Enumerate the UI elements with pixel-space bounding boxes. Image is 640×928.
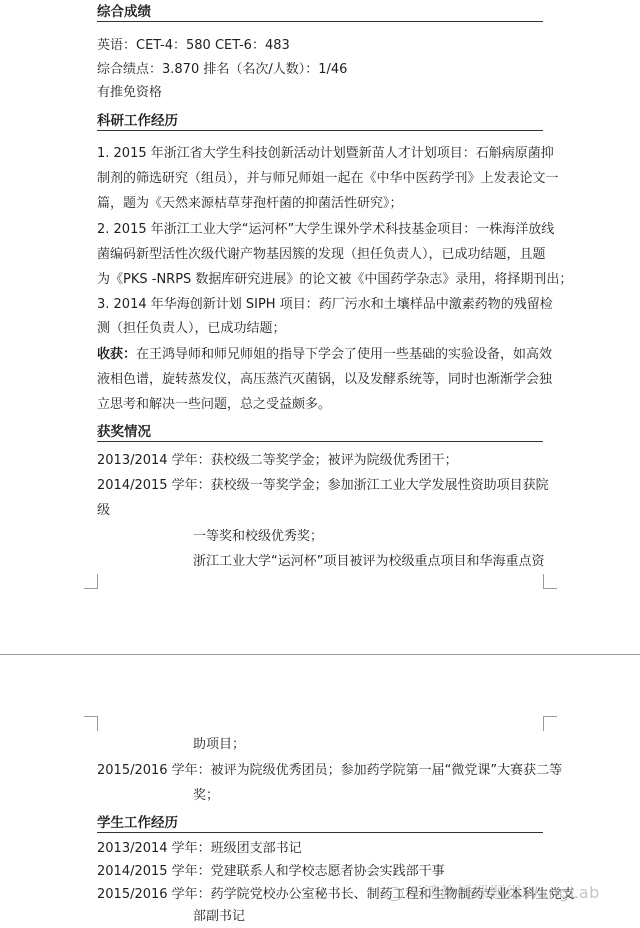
award-line: 2014/2015 学年：获校级一等奖学金；参加浙江工业大学发展性资助项目获院: [97, 477, 549, 495]
section-title-awards: 获奖情况: [97, 423, 543, 442]
research-line: 测（担任负责人），已成功结题；: [97, 320, 286, 338]
research-line: 1. 2015 年浙江省大学生科技创新活动计划暨新苗人才计划项目：石斛病原菌抑: [97, 145, 554, 163]
student-work-line: 部副书记: [193, 908, 245, 926]
page-corner-mark: [543, 716, 557, 731]
research-line: 菌编码新型活性次级代谢产物基因簇的发现（担任负责人），已成功结题，且题: [97, 246, 546, 264]
watermark: 王鸿教授课题组WangLab: [385, 880, 600, 903]
award-line: 级: [97, 502, 110, 520]
award-line: 奖；: [193, 787, 219, 805]
award-line: 浙江工业大学“运河杯”项目被评为校级重点项目和华海重点资: [193, 553, 544, 571]
harvest-line: 收获：在王鸿导师和师兄师姐的指导下学会了使用一些基础的实验设备，如高效: [97, 346, 552, 364]
student-work-line: 2013/2014 学年：班级团支部书记: [97, 840, 302, 858]
harvest-line: 液相色谱，旋转蒸发仪，高压蒸汽灭菌锅，以及发酵系统等，同时也渐渐学会独: [97, 371, 552, 389]
award-line: 2015/2016 学年：被评为院级优秀团员；参加药学院第一届“微党课”大赛获二…: [97, 762, 562, 780]
section-title-student-work: 学生工作经历: [97, 814, 543, 833]
wechat-icon: [385, 887, 403, 901]
award-line: 一等奖和校级优秀奖；: [193, 528, 323, 546]
exemption-status: 有推免资格: [97, 84, 162, 102]
harvest-label: 收获：: [97, 347, 136, 362]
watermark-text: 王鸿教授课题组WangLab: [407, 883, 600, 902]
english-scores: 英语：CET-4：580 CET-6：483: [97, 37, 290, 55]
harvest-line: 立思考和解决一些问题，总之受益颇多。: [97, 396, 331, 414]
award-line: 助项目；: [193, 736, 245, 754]
research-line: 制剂的筛选研究（组员），并与师兄师姐一起在《中华中医药学刊》上发表论文一: [97, 170, 559, 188]
award-line: 2013/2014 学年：获校级二等奖学金；被评为院级优秀团干；: [97, 452, 458, 470]
harvest-text: 在王鸿导师和师兄师姐的指导下学会了使用一些基础的实验设备，如高效: [136, 347, 552, 362]
page-break-divider: [0, 654, 640, 655]
section-title-overall: 综合成绩: [97, 3, 543, 22]
page-corner-mark: [84, 574, 98, 589]
gpa-rank: 综合绩点：3.870 排名（名次/人数）：1/46: [97, 61, 347, 79]
research-line: 篇，题为《天然来源枯草芽孢杆菌的抑菌活性研究》；: [97, 195, 403, 213]
research-line: 2. 2015 年浙江工业大学“运河杯”大学生课外学术科技基金项目：一株海洋放线: [97, 221, 554, 239]
page-corner-mark: [84, 716, 98, 731]
page-corner-mark: [543, 574, 557, 589]
section-title-research: 科研工作经历: [97, 112, 543, 131]
research-line: 3. 2014 年华海创新计划 SIPH 项目：药厂污水和土壤样品中激素药物的残…: [97, 296, 553, 314]
student-work-line: 2014/2015 学年：党建联系人和学校志愿者协会实践部干事: [97, 863, 445, 881]
research-line: 为《PKS -NRPS 数据库研究进展》的论文被《中国药学杂志》录用，将择期刊出…: [97, 271, 572, 289]
